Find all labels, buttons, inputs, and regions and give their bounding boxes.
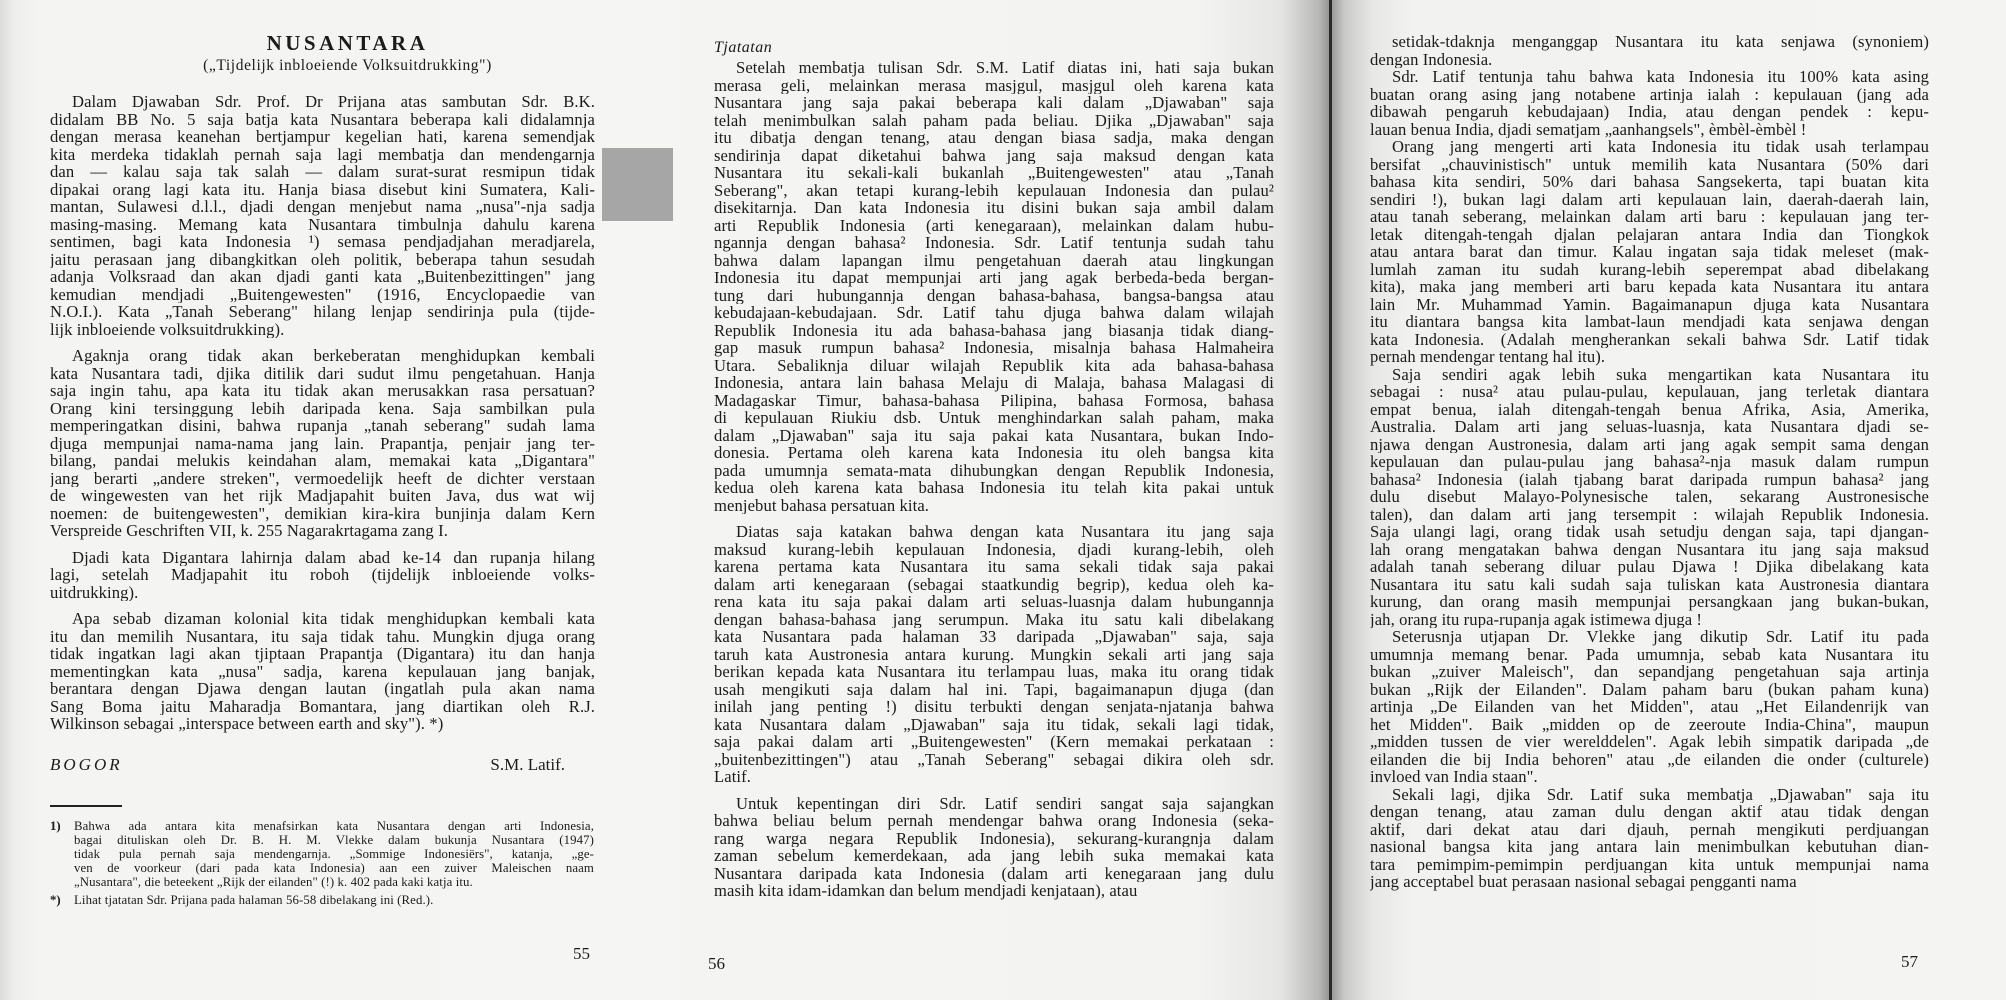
footnote-2: *) Lihat tjatatan Sdr. Prijana pada hala…: [50, 893, 595, 907]
text-line: lain Mr. Muhammad Yamin. Bagaimanapun dj…: [1370, 296, 1929, 314]
text-line: Orang kini tersinggung lebih daripada ke…: [50, 400, 595, 418]
paragraph: Dalam Djawaban Sdr. Prof. Dr Prijana ata…: [50, 93, 595, 338]
paragraph: Seterusnja utjapan Dr. Vlekke jang dikut…: [1370, 628, 1929, 786]
text-line: kepulauan dan pulau-pulau jang bahasa²-n…: [1370, 453, 1929, 471]
text-line: zaman sebelum kemerdekaan, ada jang lebi…: [714, 847, 1274, 865]
text-line: bahwa dalam lapangan ilmu pengetahuan da…: [714, 252, 1274, 270]
text-line: „midden tussen de vier werelddelen". Aga…: [1370, 733, 1929, 751]
text-line: noemen: de buitengewesten", demikian kir…: [50, 505, 595, 523]
text-line: eilanden die bij India behoren" atau „de…: [1370, 751, 1929, 769]
author-name: S.M. Latif.: [490, 755, 565, 775]
middle-body: Setelah membatja tulisan Sdr. S.M. Latif…: [714, 59, 1274, 900]
text-line: bahasa² Indonesia (ialah tjabang barat d…: [1370, 471, 1929, 489]
text-line: jaitu perasaan jang dibangkitkan oleh po…: [50, 251, 595, 269]
text-line: Nusantara daripada kata Indonesia (dalam…: [714, 865, 1274, 883]
text-line: bahasa kita sendiri, 50% dari bahasa San…: [1370, 173, 1929, 191]
page-number: 57: [1901, 952, 1918, 972]
footnote-marker: *): [50, 893, 74, 907]
text-line: bukan „Rijk der Eilanden". Dalam paham b…: [1370, 681, 1929, 699]
text-line: dengan bahasa-bahasa jang serumpun. Maka…: [714, 611, 1274, 629]
text-line: maksud kurang-lebih kepulauan Indonesia,…: [714, 541, 1274, 559]
text-line: de wingewesten van het rijk Madjapahit b…: [50, 487, 595, 505]
page-55: NUSANTARA („Tijdelijk inbloeiende Volksu…: [0, 0, 680, 1000]
text-line: kata Nusantara pada halaman 33 daripada …: [714, 628, 1274, 646]
text-line: sentimen, bagi kata Indonesia ¹) semasa …: [50, 233, 595, 251]
text-line: lah orang mengatakan bahwa dengan Nusant…: [1370, 541, 1929, 559]
paragraph: Saja sendiri agak lebih suka mengartikan…: [1370, 366, 1929, 629]
text-line: Sdr. Latif tentunja tahu bahwa kata Indo…: [1370, 68, 1929, 86]
text-line: itu dan memilih Nusantara, itu saja tida…: [50, 628, 595, 646]
text-line: artinja „De Eilanden van het Midden", at…: [1370, 698, 1929, 716]
text-line: sendiri !), bukan lagi dalam arti kepula…: [1370, 191, 1929, 209]
text-line: invloed van India staan".: [1370, 768, 1929, 786]
text-line: berantara dengan Djawa dengan lautan (in…: [50, 680, 595, 698]
text-line: pada umumnja semata-mata dihubungkan den…: [714, 462, 1274, 480]
text-line: Setelah membatja tulisan Sdr. S.M. Latif…: [714, 59, 1274, 77]
text-line: nasional bangsa kita jang antara lain me…: [1370, 838, 1929, 856]
paragraph: Sekali lagi, djika Sdr. Latif suka memba…: [1370, 786, 1929, 891]
text-line: gap masuk rumpun bahasa² Indonesia, misa…: [714, 339, 1274, 357]
page-number: 55: [573, 944, 590, 964]
text-line: dibawah pengaruh kebudajaan) India, atau…: [1370, 103, 1929, 121]
text-line: atau antara barat dan timur. Kalau ingat…: [1370, 243, 1929, 261]
paragraph: setidak-tdaknja menganggap Nusantara itu…: [1370, 33, 1929, 68]
text-line: inilah jang penting !) disitu terbukti d…: [714, 698, 1274, 716]
text-line: letak ditengah-tengah djalan pelajaran a…: [1370, 226, 1929, 244]
text-line: berikan kepada kata Nusantara itu terlam…: [714, 663, 1274, 681]
text-line: djuga mempunjai nama-nama jang lain. Pra…: [50, 435, 595, 453]
text-line: itu diantara bangsa kita lambat-laun men…: [1370, 313, 1929, 331]
text-line: dipakai orang lagi kata itu. Hanja biasa…: [50, 181, 595, 199]
page-number: 56: [708, 954, 725, 974]
article-subtitle: („Tijdelijk inbloeiende Volksuitdrukking…: [100, 56, 595, 76]
text-line: umumnja memang benar. Pada umumnja, seba…: [1370, 646, 1929, 664]
text-line: Dalam Djawaban Sdr. Prof. Dr Prijana ata…: [50, 93, 595, 111]
text-line: Nusantara itu sekali-kali bukanlah „Buit…: [714, 164, 1274, 182]
text-line: „buitenbezittingen") atau „Tanah Seberan…: [714, 751, 1274, 769]
text-line: dengan Indonesia.: [1370, 51, 1929, 69]
text-line: Sang Boma jaitu Maharadja Bomantara, jan…: [50, 698, 595, 716]
text-line: tara pemimpim-pemimpin perdjuangan kita …: [1370, 856, 1929, 874]
text-line: Orang jang mengerti arti kata Indonesia …: [1370, 138, 1929, 156]
text-line: dan — kalau saja tak salah — dalam surat…: [50, 163, 595, 181]
footnote-divider: [50, 805, 122, 807]
text-line: Australia. Dalam arti jang seluas-luasnj…: [1370, 418, 1929, 436]
text-line: taruh kata Austronesia antara kurung. Mu…: [714, 646, 1274, 664]
paragraph: Diatas saja katakan bahwa dengan kata Nu…: [714, 523, 1274, 786]
text-line: kebudajaan-kebudajaan. Sdr. Latif tahu d…: [714, 304, 1274, 322]
text-line: Indonesia itu dapat mempunjai arti jang …: [714, 269, 1274, 287]
text-line: Republik Indonesia itu ada bahasa-bahasa…: [714, 322, 1274, 340]
text-line: usah mengikuti saja dalam hal ini. Tapi,…: [714, 681, 1274, 699]
text-line: merasa geli, melainkan merasa masjgul, m…: [714, 77, 1274, 95]
text-line: kata Indonesia. (Adalah mengherankan sek…: [1370, 331, 1929, 349]
text-line: aktif, dari dekat atau dari djauh, perna…: [1370, 821, 1929, 839]
paragraph-gap: [50, 338, 595, 347]
text-line: sendirinja dapat diketahui bahwa jang sa…: [714, 147, 1274, 165]
paragraph: Apa sebab dizaman kolonial kita tidak me…: [50, 610, 595, 733]
text-line: lumlah zaman itu sudah kurang-lebih sepe…: [1370, 261, 1929, 279]
paragraph-gap: [714, 786, 1274, 795]
text-line: kata Nusantara tadi, djika ditilik dari …: [50, 365, 595, 383]
text-line: disekitarnja. Dan kata Indonesia itu dis…: [714, 199, 1274, 217]
page-56: Tjatatan Setelah membatja tulisan Sdr. S…: [680, 0, 1332, 1000]
paragraph: Djadi kata Digantara lahirnja dalam abad…: [50, 549, 595, 602]
text-line: masing-masing. Memang kata Nusantara tim…: [50, 216, 595, 234]
text-line: tidak pula pernah saja mendengarnja. „So…: [74, 847, 594, 861]
text-line: pernah mendengar tentang hal itu).: [1370, 348, 1929, 366]
text-line: kita), maka jang memberi arti baru kepad…: [1370, 278, 1929, 296]
text-line: bukan „zuiver Maleisch", dan sepandjang …: [1370, 663, 1929, 681]
text-line: Latif.: [714, 768, 1274, 786]
text-line: karena pertama kata Nusantara itu sama s…: [714, 558, 1274, 576]
paragraph: Orang jang mengerti arti kata Indonesia …: [1370, 138, 1929, 366]
text-line: lagi, setelah Madjapahit itu roboh (tijd…: [50, 566, 595, 584]
text-line: mementingkan kata „nusa" sadja, karena k…: [50, 663, 595, 681]
text-line: mantan, Sulawesi d.l.l., djadi dengan me…: [50, 198, 595, 216]
text-line: Wilkinson sebagai „interspace between ea…: [50, 715, 595, 733]
text-line: bahwa beliau belum pernah mendengar bahw…: [714, 812, 1274, 830]
text-line: didalam BB No. 5 saja batja kata Nusanta…: [50, 111, 595, 129]
text-line: saja ingin tahu, apa kata itu tidak akan…: [50, 382, 595, 400]
text-line: Apa sebab dizaman kolonial kita tidak me…: [50, 610, 595, 628]
text-line: het Midden". Baik „midden op de zeeroute…: [1370, 716, 1929, 734]
text-line: tidak ingatkan lagi akan tjiptaan Prapan…: [50, 645, 595, 663]
text-line: rang warga negara Republik Indonesia), s…: [714, 830, 1274, 848]
text-line: Untuk kepentingan diri Sdr. Latif sendir…: [714, 795, 1274, 813]
text-line: kurung, dan orang masih mempunjai persan…: [1370, 593, 1929, 611]
text-line: dengan tenang, atau zaman dulu dengan ak…: [1370, 803, 1929, 821]
middle-page-column: Tjatatan Setelah membatja tulisan Sdr. S…: [714, 38, 1274, 900]
text-line: Diatas saja katakan bahwa dengan kata Nu…: [714, 523, 1274, 541]
paragraph-gap: [50, 601, 595, 610]
text-line: kedua oleh karena kata bahasa Indonesia …: [714, 479, 1274, 497]
text-line: adanja Volksraad dan akan djadi ganti ka…: [50, 268, 595, 286]
text-line: itu dibatja dengan tenang, atau dengan b…: [714, 129, 1274, 147]
text-line: masih kita idam-idamkan dan belum mendja…: [714, 882, 1274, 900]
text-line: jang berarti „andere streken", vermoedel…: [50, 470, 595, 488]
text-line: ngannja dengan bahasa² Indonesia. Sdr. L…: [714, 234, 1274, 252]
text-line: bagai dituliskan oleh Dr. B. H. M. Vlekk…: [74, 833, 594, 847]
paragraph: Agaknja orang tidak akan berkeberatan me…: [50, 347, 595, 540]
left-page-column: NUSANTARA („Tijdelijk inbloeiende Volksu…: [50, 30, 595, 908]
text-line: lijk inbloeiende volksuitdrukking).: [50, 321, 595, 339]
place-name: BOGOR: [50, 755, 123, 775]
footnote-1: 1) Bahwa ada antara kita menafsirkan kat…: [50, 819, 595, 890]
text-line: uitdrukking).: [50, 584, 595, 602]
left-body: Dalam Djawaban Sdr. Prof. Dr Prijana ata…: [50, 93, 595, 733]
paragraph-gap: [714, 514, 1274, 523]
paragraph: Setelah membatja tulisan Sdr. S.M. Latif…: [714, 59, 1274, 514]
text-line: Agaknja orang tidak akan berkeberatan me…: [50, 347, 595, 365]
text-line: di kepulauan Riukiu dsb. Untuk menghinda…: [714, 409, 1274, 427]
text-line: Indonesia, antara lain bahasa Melaju di …: [714, 374, 1274, 392]
text-line: sebagai : nusa² atau pulau-pulau, kepula…: [1370, 383, 1929, 401]
text-line: buatan orang asing jang notabene artinja…: [1370, 86, 1929, 104]
text-line: „Nusantara", die beteekent „Rijk der eil…: [74, 875, 594, 889]
paragraph-gap: [50, 540, 595, 549]
text-line: bilang, pandai melukis keindahan alam, m…: [50, 452, 595, 470]
text-line: atau tanah seberang, melainkan dalam art…: [1370, 208, 1929, 226]
text-line: Sekali lagi, djika Sdr. Latif suka memba…: [1370, 786, 1929, 804]
text-line: dulu disebut Malayo-Polynesische talen, …: [1370, 488, 1929, 506]
text-line: ven de voorkeur (dari pada kata Indonesi…: [74, 861, 594, 875]
page-57: setidak-tdaknja menganggap Nusantara itu…: [1332, 0, 2006, 1000]
paragraph: Sdr. Latif tentunja tahu bahwa kata Indo…: [1370, 68, 1929, 138]
text-line: N.O.I.). Kata „Tanah Seberang" hilang le…: [50, 303, 595, 321]
text-line: setidak-tdaknja menganggap Nusantara itu…: [1370, 33, 1929, 51]
text-line: Bahwa ada antara kita menafsirkan kata N…: [74, 819, 594, 833]
text-line: empat benua, ialah ditengah-tengah benua…: [1370, 401, 1929, 419]
text-line: menjebut bahasa persatuan kita.: [714, 497, 1274, 515]
gray-redaction-patch: [602, 148, 673, 221]
text-line: jang acceptabel buat perasaan nasional s…: [1370, 873, 1929, 891]
text-line: njawa dengan Austronesia, dalam arti jan…: [1370, 436, 1929, 454]
section-heading: Tjatatan: [714, 38, 1274, 58]
text-line: dengan merasa keanehan bertjampur kegeli…: [50, 128, 595, 146]
text-line: arti Republik Indonesia (arti kenegaraan…: [714, 217, 1274, 235]
footnote-text: Lihat tjatatan Sdr. Prijana pada halaman…: [74, 893, 594, 907]
text-line: bersifat „chauvinistisch" untuk memilih …: [1370, 156, 1929, 174]
text-line: Seterusnja utjapan Dr. Vlekke jang dikut…: [1370, 628, 1929, 646]
text-line: Seberang", akan tetapi kurang-lebih kepu…: [714, 182, 1274, 200]
text-line: saja pakai dalam arti „Buitengewesten" (…: [714, 733, 1274, 751]
footnote-text: Bahwa ada antara kita menafsirkan kata N…: [74, 819, 594, 890]
text-line: Utara. Sebaliknja diluar wilajah Republi…: [714, 357, 1274, 375]
text-line: Verspreide Geschriften VII, k. 255 Nagar…: [50, 522, 595, 540]
text-line: rena kata itu saja pakai dalam arti selu…: [714, 593, 1274, 611]
text-line: memperingatkan disini, bahwa rupanja „ta…: [50, 417, 595, 435]
text-line: kemudian mendjadi „Buitengewesten" (1916…: [50, 286, 595, 304]
text-line: kita merdeka tidaklah pernah saja lagi m…: [50, 146, 595, 164]
signature-row: BOGOR S.M. Latif.: [50, 755, 595, 775]
text-line: Madagaskar Timur, bahasa-bahasa Pilipina…: [714, 392, 1274, 410]
text-line: Saja sendiri agak lebih suka mengartikan…: [1370, 366, 1929, 384]
article-title: NUSANTARA: [100, 30, 595, 56]
text-line: Nusantara itu satu kali sudah saja tulis…: [1370, 576, 1929, 594]
text-line: dalam arti kenegaraan (sebagai staatkund…: [714, 576, 1274, 594]
text-line: adalah tanah seberang diluar pulau Djawa…: [1370, 558, 1929, 576]
right-body: setidak-tdaknja menganggap Nusantara itu…: [1370, 33, 1929, 891]
paragraph: Untuk kepentingan diri Sdr. Latif sendir…: [714, 795, 1274, 900]
text-line: jah, orang itu rupa-rupanja agak istimew…: [1370, 611, 1929, 629]
text-line: kata Nusantara dalam „Djawaban" saja itu…: [714, 716, 1274, 734]
text-line: lauan benua India, djadi sematjam „aanha…: [1370, 121, 1929, 139]
footnote-marker: 1): [50, 819, 74, 890]
text-line: tung dari hubungannja dengan bahasa-baha…: [714, 287, 1274, 305]
text-line: Djadi kata Digantara lahirnja dalam abad…: [50, 549, 595, 567]
right-page-column: setidak-tdaknja menganggap Nusantara itu…: [1370, 33, 1929, 891]
text-line: Saja ulangi lagi, orang tidak usah setud…: [1370, 523, 1929, 541]
text-line: Lihat tjatatan Sdr. Prijana pada halaman…: [74, 893, 594, 907]
text-line: donesia. Pertama oleh karena kata Indone…: [714, 444, 1274, 462]
text-line: talen), dan dalam arti jang tersempit : …: [1370, 506, 1929, 524]
text-line: dalam „Djawaban" saja itu saja pakai kat…: [714, 427, 1274, 445]
text-line: Nusantara jang saja pakai beberapa kali …: [714, 94, 1274, 112]
text-line: telah menimbulkan salah paham pada belia…: [714, 112, 1274, 130]
